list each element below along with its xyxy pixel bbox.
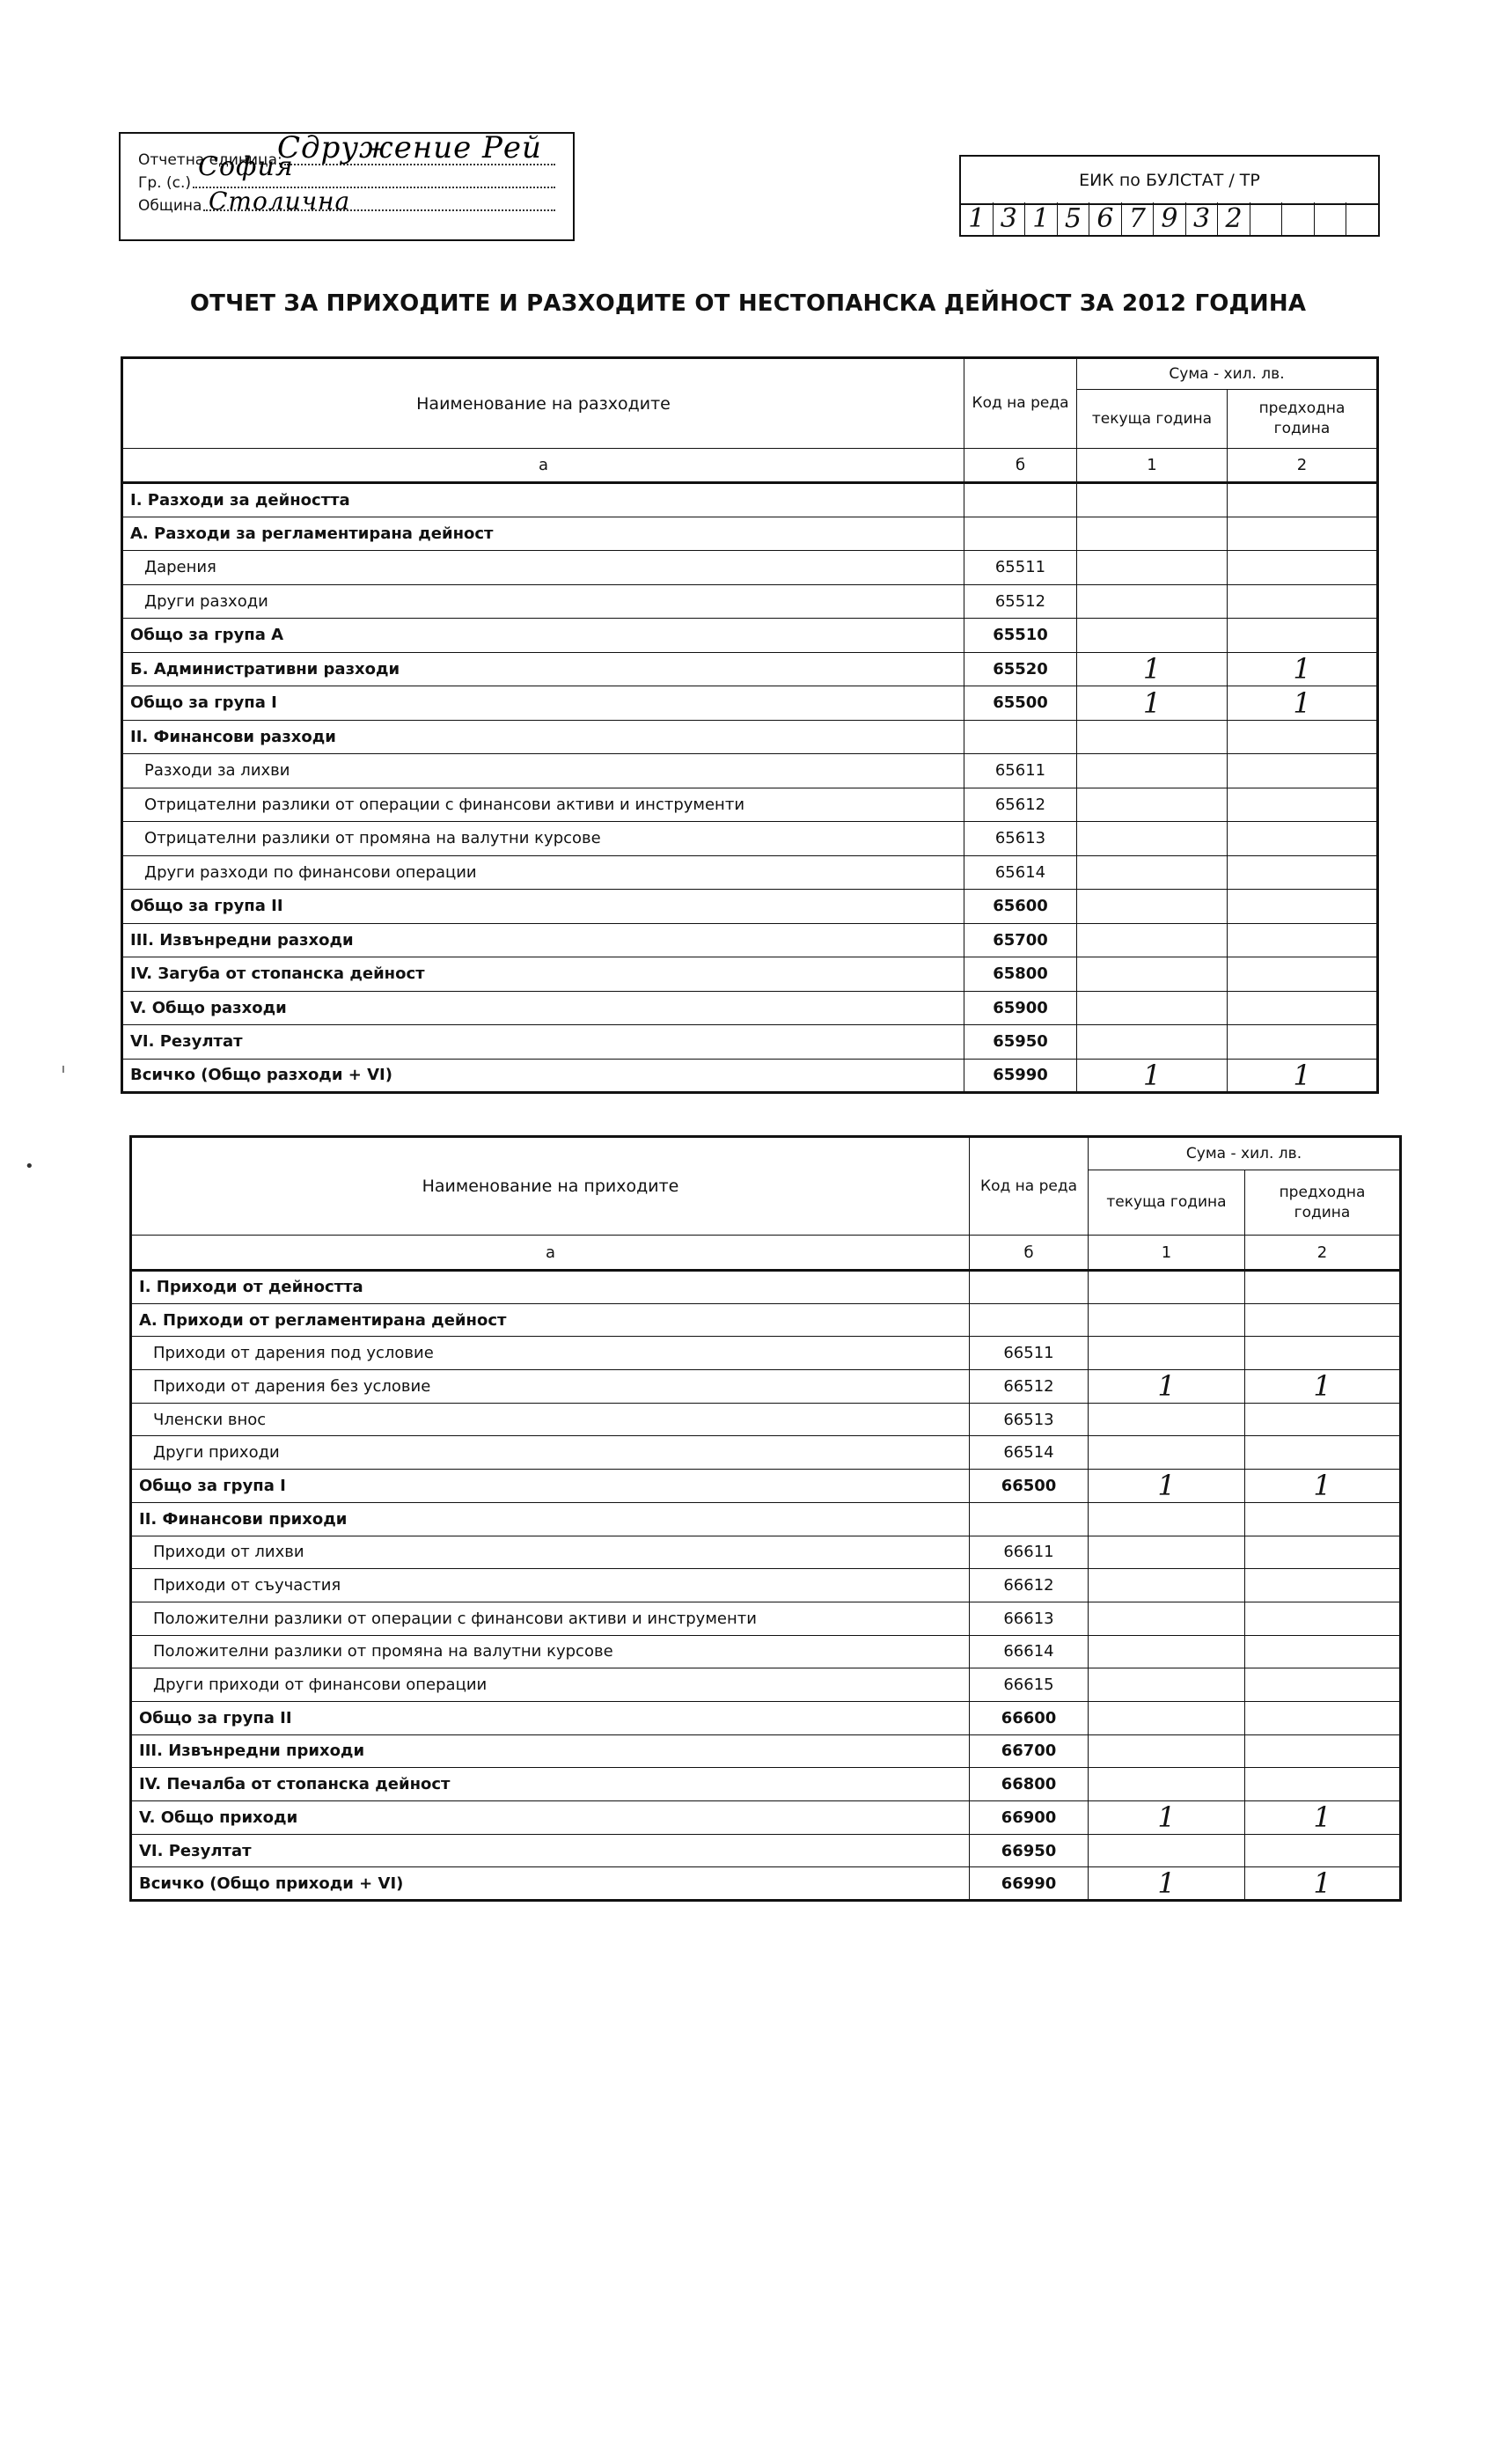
col-name-header: Наименование на приходите — [131, 1137, 970, 1236]
row-code: 66615 — [970, 1668, 1089, 1702]
row-current-year[interactable] — [1089, 1436, 1245, 1470]
row-current-year[interactable]: 1 — [1077, 1059, 1228, 1093]
row-previous-year[interactable] — [1228, 720, 1378, 754]
col-sum-header: Сума - хил. лв. — [1089, 1137, 1401, 1170]
row-name: Общо за група II — [131, 1701, 970, 1734]
idx-b: б — [964, 449, 1077, 483]
row-current-year[interactable] — [1089, 1602, 1245, 1635]
row-current-year[interactable] — [1077, 517, 1228, 551]
row-code — [964, 483, 1077, 517]
row-current-year[interactable]: 1 — [1089, 1801, 1245, 1835]
row-previous-year[interactable] — [1228, 517, 1378, 551]
row-name: Всичко (Общо разходи + VI) — [122, 1059, 964, 1093]
row-current-year[interactable] — [1089, 1403, 1245, 1436]
row-code: 65800 — [964, 957, 1077, 992]
row-previous-year[interactable] — [1245, 1768, 1401, 1801]
eik-digit-cell[interactable] — [1315, 202, 1347, 235]
row-current-year[interactable] — [1077, 957, 1228, 992]
row-current-year[interactable] — [1077, 890, 1228, 924]
row-current-year[interactable] — [1077, 619, 1228, 653]
table-row: Всичко (Общо разходи + VI)6599011 — [122, 1059, 1378, 1093]
row-name: Приходи от дарения под условие — [131, 1337, 970, 1370]
row-name: Приходи от дарения без условие — [131, 1370, 970, 1404]
row-code: 66513 — [970, 1403, 1089, 1436]
row-name: Всичко (Общо приходи + VI) — [131, 1867, 970, 1901]
row-current-year[interactable] — [1089, 1668, 1245, 1702]
row-name: I. Разходи за дейността — [122, 483, 964, 517]
row-previous-year[interactable]: 1 — [1228, 652, 1378, 686]
row-current-year[interactable] — [1089, 1337, 1245, 1370]
table-row: Приходи от лихви66611 — [131, 1536, 1401, 1569]
row-previous-year[interactable] — [1228, 923, 1378, 957]
row-code: 66990 — [970, 1867, 1089, 1901]
eik-digit-cells: 131567932 — [961, 202, 1378, 235]
row-code — [964, 517, 1077, 551]
row-code: 66800 — [970, 1768, 1089, 1801]
eik-digit-cell[interactable]: 6 — [1089, 202, 1122, 235]
row-previous-year[interactable] — [1245, 1602, 1401, 1635]
row-previous-year[interactable] — [1245, 1569, 1401, 1602]
row-name: Общо за група I — [122, 686, 964, 721]
table-row: Общо за група А65510 — [122, 619, 1378, 653]
row-name: А. Разходи за регламентирана дейност — [122, 517, 964, 551]
row-name: Положителни разлики от промяна на валутн… — [131, 1635, 970, 1668]
row-code: 65613 — [964, 822, 1077, 856]
col-code-header: Код на реда — [970, 1137, 1089, 1236]
table-row: IV. Печалба от стопанска дейност66800 — [131, 1768, 1401, 1801]
eik-digit-cell[interactable]: 7 — [1122, 202, 1155, 235]
row-code: 66514 — [970, 1436, 1089, 1470]
scan-dot: • — [25, 1157, 34, 1176]
table-row: Общо за група I6550011 — [122, 686, 1378, 721]
eik-digit-cell[interactable] — [1250, 202, 1283, 235]
row-previous-year[interactable] — [1245, 1502, 1401, 1536]
row-code: 66511 — [970, 1337, 1089, 1370]
row-current-year[interactable] — [1077, 822, 1228, 856]
table-row: III. Извънредни приходи66700 — [131, 1734, 1401, 1768]
row-code — [964, 720, 1077, 754]
income-body: I. Приходи от дейносттаА. Приходи от рег… — [131, 1271, 1401, 1901]
row-current-year[interactable] — [1077, 584, 1228, 619]
idx-a: а — [131, 1236, 970, 1271]
row-previous-year[interactable] — [1245, 1668, 1401, 1702]
row-name: Приходи от лихви — [131, 1536, 970, 1569]
row-current-year[interactable] — [1089, 1734, 1245, 1768]
row-code: 65700 — [964, 923, 1077, 957]
row-previous-year[interactable]: 1 — [1245, 1867, 1401, 1901]
row-code: 66600 — [970, 1701, 1089, 1734]
row-code: 66614 — [970, 1635, 1089, 1668]
row-name: IV. Печалба от стопанска дейност — [131, 1768, 970, 1801]
row-name: А. Приходи от регламентирана дейност — [131, 1303, 970, 1337]
row-name: III. Извънредни разходи — [122, 923, 964, 957]
row-previous-year[interactable] — [1228, 551, 1378, 585]
table-row: Общо за група I6650011 — [131, 1470, 1401, 1503]
income-table: Наименование на приходите Код на реда Су… — [129, 1135, 1402, 1902]
table-row: V. Общо приходи6690011 — [131, 1801, 1401, 1835]
eik-digit-cell[interactable]: 3 — [1186, 202, 1219, 235]
row-code: 65511 — [964, 551, 1077, 585]
table-row: Положителни разлики от промяна на валутн… — [131, 1635, 1401, 1668]
row-previous-year[interactable]: 1 — [1245, 1801, 1401, 1835]
table-row: VI. Резултат65950 — [122, 1025, 1378, 1060]
table-row: V. Общо разходи65900 — [122, 991, 1378, 1025]
row-code — [970, 1271, 1089, 1304]
eik-digit-cell[interactable] — [1282, 202, 1315, 235]
row-code: 65990 — [964, 1059, 1077, 1093]
table-row: Всичко (Общо приходи + VI)6699011 — [131, 1867, 1401, 1901]
row-previous-year[interactable] — [1228, 1025, 1378, 1060]
table-row: Отрицателни разлики от операции с финанс… — [122, 788, 1378, 822]
row-previous-year[interactable] — [1228, 855, 1378, 890]
row-previous-year[interactable] — [1245, 1536, 1401, 1569]
table-row: VI. Резултат66950 — [131, 1834, 1401, 1867]
table-row: Приходи от дарения без условие6651211 — [131, 1370, 1401, 1404]
col-current-header: текуща година — [1089, 1170, 1245, 1236]
row-current-year[interactable] — [1077, 754, 1228, 788]
row-previous-year[interactable]: 1 — [1245, 1470, 1401, 1503]
row-current-year[interactable] — [1077, 720, 1228, 754]
table-row: Отрицателни разлики от промяна на валутн… — [122, 822, 1378, 856]
row-code: 66900 — [970, 1801, 1089, 1835]
row-previous-year[interactable]: 1 — [1245, 1370, 1401, 1404]
row-name: Общо за група II — [122, 890, 964, 924]
col-current-header: текуща година — [1077, 390, 1228, 449]
row-previous-year[interactable]: 1 — [1228, 686, 1378, 721]
municipality-value[interactable]: Столична — [209, 187, 350, 216]
row-current-year[interactable]: 1 — [1089, 1370, 1245, 1404]
row-name: Б. Административни разходи — [122, 652, 964, 686]
row-previous-year[interactable] — [1245, 1701, 1401, 1734]
table-row: Други приходи от финансови операции66615 — [131, 1668, 1401, 1702]
eik-digit-cell[interactable]: 2 — [1218, 202, 1250, 235]
table-row: Разходи за лихви65611 — [122, 754, 1378, 788]
row-previous-year[interactable] — [1228, 890, 1378, 924]
table-row: Членски внос66513 — [131, 1403, 1401, 1436]
row-previous-year[interactable] — [1245, 1303, 1401, 1337]
document-title: ОТЧЕТ ЗА ПРИХОДИТЕ И РАЗХОДИТЕ ОТ НЕСТОП… — [0, 290, 1496, 317]
idx-2: 2 — [1228, 449, 1378, 483]
table-row: Общо за група II65600 — [122, 890, 1378, 924]
scan-mark: ı — [62, 1062, 65, 1076]
table-row: IV. Загуба от стопанска дейност65800 — [122, 957, 1378, 992]
row-current-year[interactable] — [1089, 1635, 1245, 1668]
table-row: Други разходи65512 — [122, 584, 1378, 619]
row-code: 65612 — [964, 788, 1077, 822]
row-name: V. Общо разходи — [122, 991, 964, 1025]
row-name: VI. Резултат — [131, 1834, 970, 1867]
row-code: 66613 — [970, 1602, 1089, 1635]
row-current-year[interactable] — [1089, 1569, 1245, 1602]
row-current-year[interactable]: 1 — [1077, 686, 1228, 721]
row-name: Други разходи — [122, 584, 964, 619]
row-current-year[interactable]: 1 — [1077, 652, 1228, 686]
row-current-year[interactable] — [1089, 1768, 1245, 1801]
row-name: III. Извънредни приходи — [131, 1734, 970, 1768]
table-row: А. Приходи от регламентирана дейност — [131, 1303, 1401, 1337]
row-current-year[interactable] — [1077, 483, 1228, 517]
row-previous-year[interactable] — [1245, 1337, 1401, 1370]
row-name: Приходи от съучастия — [131, 1569, 970, 1602]
idx-2: 2 — [1245, 1236, 1401, 1271]
table-row: Дарения65511 — [122, 551, 1378, 585]
col-previous-header: предходна година — [1245, 1170, 1401, 1236]
row-name: Общо за група I — [131, 1470, 970, 1503]
row-previous-year[interactable] — [1228, 584, 1378, 619]
eik-digit-cell[interactable]: 5 — [1058, 202, 1090, 235]
idx-1: 1 — [1077, 449, 1228, 483]
row-current-year[interactable]: 1 — [1089, 1470, 1245, 1503]
row-code: 66611 — [970, 1536, 1089, 1569]
eik-box: ЕИК по БУЛСТАТ / ТР 131567932 — [959, 155, 1380, 237]
row-current-year[interactable] — [1089, 1303, 1245, 1337]
eik-digit-cell[interactable]: 3 — [994, 202, 1026, 235]
col-sum-header: Сума - хил. лв. — [1077, 358, 1378, 390]
row-code: 66512 — [970, 1370, 1089, 1404]
table-row: Приходи от съучастия66612 — [131, 1569, 1401, 1602]
row-name: Дарения — [122, 551, 964, 585]
row-current-year[interactable] — [1089, 1271, 1245, 1304]
expenses-table: Наименование на разходите Код на реда Су… — [121, 356, 1379, 1094]
eik-digit-cell[interactable]: 9 — [1154, 202, 1186, 235]
row-code: 66950 — [970, 1834, 1089, 1867]
row-previous-year[interactable]: 1 — [1228, 1059, 1378, 1093]
row-previous-year[interactable] — [1228, 788, 1378, 822]
row-previous-year[interactable] — [1245, 1436, 1401, 1470]
row-name: Положителни разлики от операции с финанс… — [131, 1602, 970, 1635]
row-current-year[interactable] — [1077, 551, 1228, 585]
row-name: IV. Загуба от стопанска дейност — [122, 957, 964, 992]
row-current-year[interactable] — [1077, 991, 1228, 1025]
row-code: 66612 — [970, 1569, 1089, 1602]
row-name: Отрицателни разлики от промяна на валутн… — [122, 822, 964, 856]
row-name: Други приходи — [131, 1436, 970, 1470]
row-previous-year[interactable] — [1228, 483, 1378, 517]
row-previous-year[interactable] — [1228, 754, 1378, 788]
row-previous-year[interactable] — [1228, 619, 1378, 653]
row-current-year[interactable] — [1077, 855, 1228, 890]
idx-1: 1 — [1089, 1236, 1245, 1271]
row-code — [970, 1502, 1089, 1536]
row-name: I. Приходи от дейността — [131, 1271, 970, 1304]
eik-label: ЕИК по БУЛСТАТ / ТР — [961, 157, 1378, 205]
reporting-unit-box: Отчетна единица: Гр. (с.) Община Сдружен… — [119, 132, 575, 241]
table-row: Положителни разлики от операции с финанс… — [131, 1602, 1401, 1635]
row-name: V. Общо приходи — [131, 1801, 970, 1835]
row-current-year[interactable] — [1089, 1834, 1245, 1867]
row-previous-year[interactable] — [1245, 1635, 1401, 1668]
row-code: 65512 — [964, 584, 1077, 619]
row-code — [970, 1303, 1089, 1337]
city-value[interactable]: София — [198, 151, 294, 182]
eik-digit-cell[interactable]: 1 — [961, 202, 994, 235]
row-current-year[interactable]: 1 — [1089, 1867, 1245, 1901]
row-previous-year[interactable] — [1245, 1834, 1401, 1867]
col-name-header: Наименование на разходите — [122, 358, 964, 449]
row-name: II. Финансови разходи — [122, 720, 964, 754]
table-row: А. Разходи за регламентирана дейност — [122, 517, 1378, 551]
row-name: Отрицателни разлики от операции с финанс… — [122, 788, 964, 822]
city-label: Гр. (с.) — [138, 174, 191, 192]
row-current-year[interactable] — [1077, 923, 1228, 957]
row-code: 65950 — [964, 1025, 1077, 1060]
table-row: II. Финансови приходи — [131, 1502, 1401, 1536]
row-previous-year[interactable] — [1228, 822, 1378, 856]
row-code: 66700 — [970, 1734, 1089, 1768]
eik-digit-cell[interactable] — [1346, 202, 1378, 235]
row-current-year[interactable] — [1077, 1025, 1228, 1060]
municipality-label: Община — [138, 197, 202, 215]
table-row: Б. Административни разходи6552011 — [122, 652, 1378, 686]
table-row: I. Приходи от дейността — [131, 1271, 1401, 1304]
row-name: II. Финансови приходи — [131, 1502, 970, 1536]
row-code: 65600 — [964, 890, 1077, 924]
table-row: II. Финансови разходи — [122, 720, 1378, 754]
table-row: Други приходи66514 — [131, 1436, 1401, 1470]
col-previous-header: предходна година — [1228, 390, 1378, 449]
row-previous-year[interactable] — [1228, 991, 1378, 1025]
idx-a: а — [122, 449, 964, 483]
row-name: Разходи за лихви — [122, 754, 964, 788]
row-name: Общо за група А — [122, 619, 964, 653]
row-code: 65510 — [964, 619, 1077, 653]
row-previous-year[interactable] — [1245, 1403, 1401, 1436]
row-name: Други приходи от финансови операции — [131, 1668, 970, 1702]
row-code: 65900 — [964, 991, 1077, 1025]
table-row: III. Извънредни разходи65700 — [122, 923, 1378, 957]
table-row: Общо за група II66600 — [131, 1701, 1401, 1734]
row-code: 65500 — [964, 686, 1077, 721]
row-previous-year[interactable] — [1245, 1271, 1401, 1304]
unit-value[interactable]: Сдружение Рей — [277, 130, 542, 165]
row-previous-year[interactable] — [1228, 957, 1378, 992]
idx-b: б — [970, 1236, 1089, 1271]
row-code: 65611 — [964, 754, 1077, 788]
row-code: 65614 — [964, 855, 1077, 890]
row-code: 65520 — [964, 652, 1077, 686]
row-current-year[interactable] — [1089, 1502, 1245, 1536]
expenses-body: I. Разходи за дейносттаА. Разходи за рег… — [122, 483, 1378, 1093]
row-current-year[interactable] — [1089, 1536, 1245, 1569]
row-name: VI. Резултат — [122, 1025, 964, 1060]
table-row: Приходи от дарения под условие66511 — [131, 1337, 1401, 1370]
col-code-header: Код на реда — [964, 358, 1077, 449]
row-previous-year[interactable] — [1245, 1734, 1401, 1768]
table-row: Други разходи по финансови операции65614 — [122, 855, 1378, 890]
row-name: Членски внос — [131, 1403, 970, 1436]
row-current-year[interactable] — [1089, 1701, 1245, 1734]
row-current-year[interactable] — [1077, 788, 1228, 822]
eik-digit-cell[interactable]: 1 — [1025, 202, 1058, 235]
table-row: I. Разходи за дейността — [122, 483, 1378, 517]
row-code: 66500 — [970, 1470, 1089, 1503]
row-name: Други разходи по финансови операции — [122, 855, 964, 890]
